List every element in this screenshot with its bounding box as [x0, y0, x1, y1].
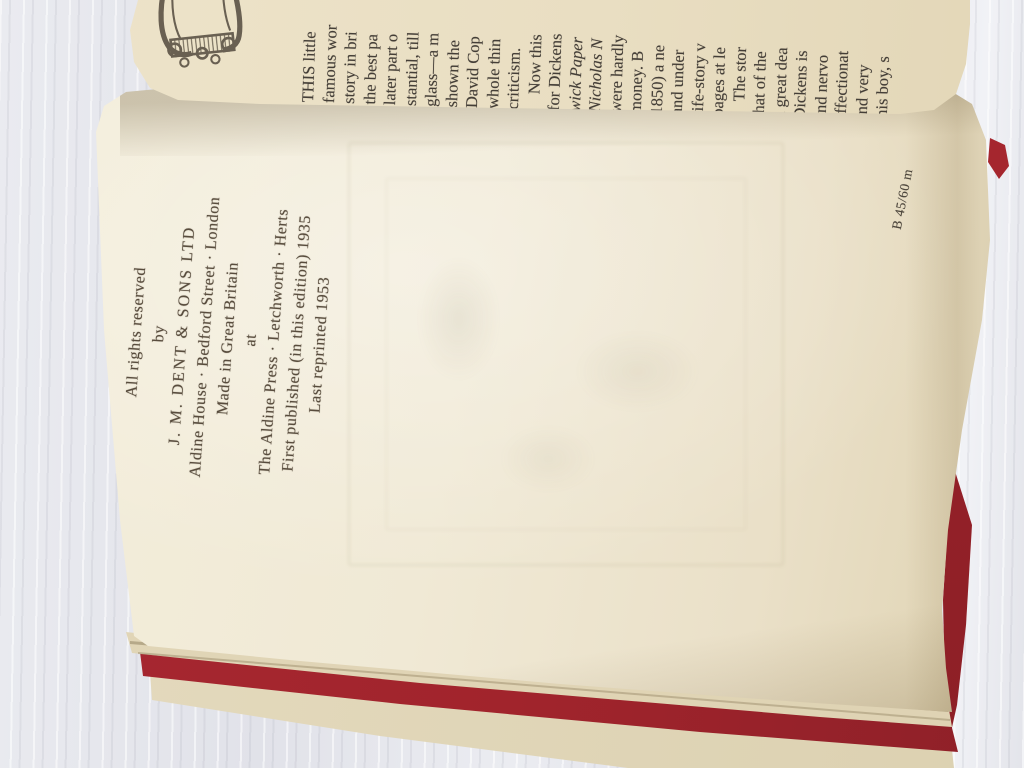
intro-text-line: Nicholas N	[585, 34, 608, 113]
intro-text-line: for Dickens	[544, 32, 567, 111]
intro-text-line: The stor	[728, 39, 751, 118]
intro-text-line: life-story v	[687, 37, 710, 116]
intro-text-line: stantial, till	[400, 27, 423, 106]
intro-text-line: whole thin	[482, 30, 505, 109]
show-through-ghost	[348, 142, 784, 566]
intro-text-line: money. B	[626, 35, 649, 114]
imprint-block: All rights reservedbyJ. M. DENT & SONS L…	[114, 172, 343, 506]
intro-text-line: affectionat	[831, 42, 854, 121]
intro-text-line: Now this	[523, 32, 546, 111]
intro-text-line: criticism.	[503, 31, 526, 110]
show-through-ghost-inner	[386, 178, 746, 530]
intro-text-line: 1850) a ne	[646, 36, 669, 115]
intro-text-line: shown the	[441, 29, 464, 108]
intro-text-line: David Cop	[462, 29, 485, 108]
woodcut-initial-ornament-icon	[142, 0, 257, 103]
intro-text-line: later part o	[380, 27, 403, 106]
intro-text-line: this boy, s	[872, 44, 895, 123]
intro-text-line: and under	[667, 37, 690, 116]
intro-text-line: that of the	[749, 39, 772, 118]
intro-text-line: were hardly	[605, 34, 628, 113]
intro-text-line: the best pa	[359, 26, 382, 105]
intro-text-line: and very	[851, 43, 874, 122]
intro-text-line: Dickens is	[790, 41, 813, 120]
intro-text-line: famous wor	[318, 24, 341, 103]
intro-text-line: story in bri	[339, 25, 362, 104]
intro-text-line: THIS little	[298, 24, 321, 103]
intro-text-line: pages at le	[708, 38, 731, 117]
intro-text-line: glass—a m	[421, 28, 444, 107]
intro-text-line: a great dea	[769, 40, 792, 119]
intro-text-line: wick Paper	[564, 33, 587, 112]
book-photo: All rights reservedbyJ. M. DENT & SONS L…	[0, 0, 1024, 768]
intro-text-line: and nervo	[810, 42, 833, 121]
